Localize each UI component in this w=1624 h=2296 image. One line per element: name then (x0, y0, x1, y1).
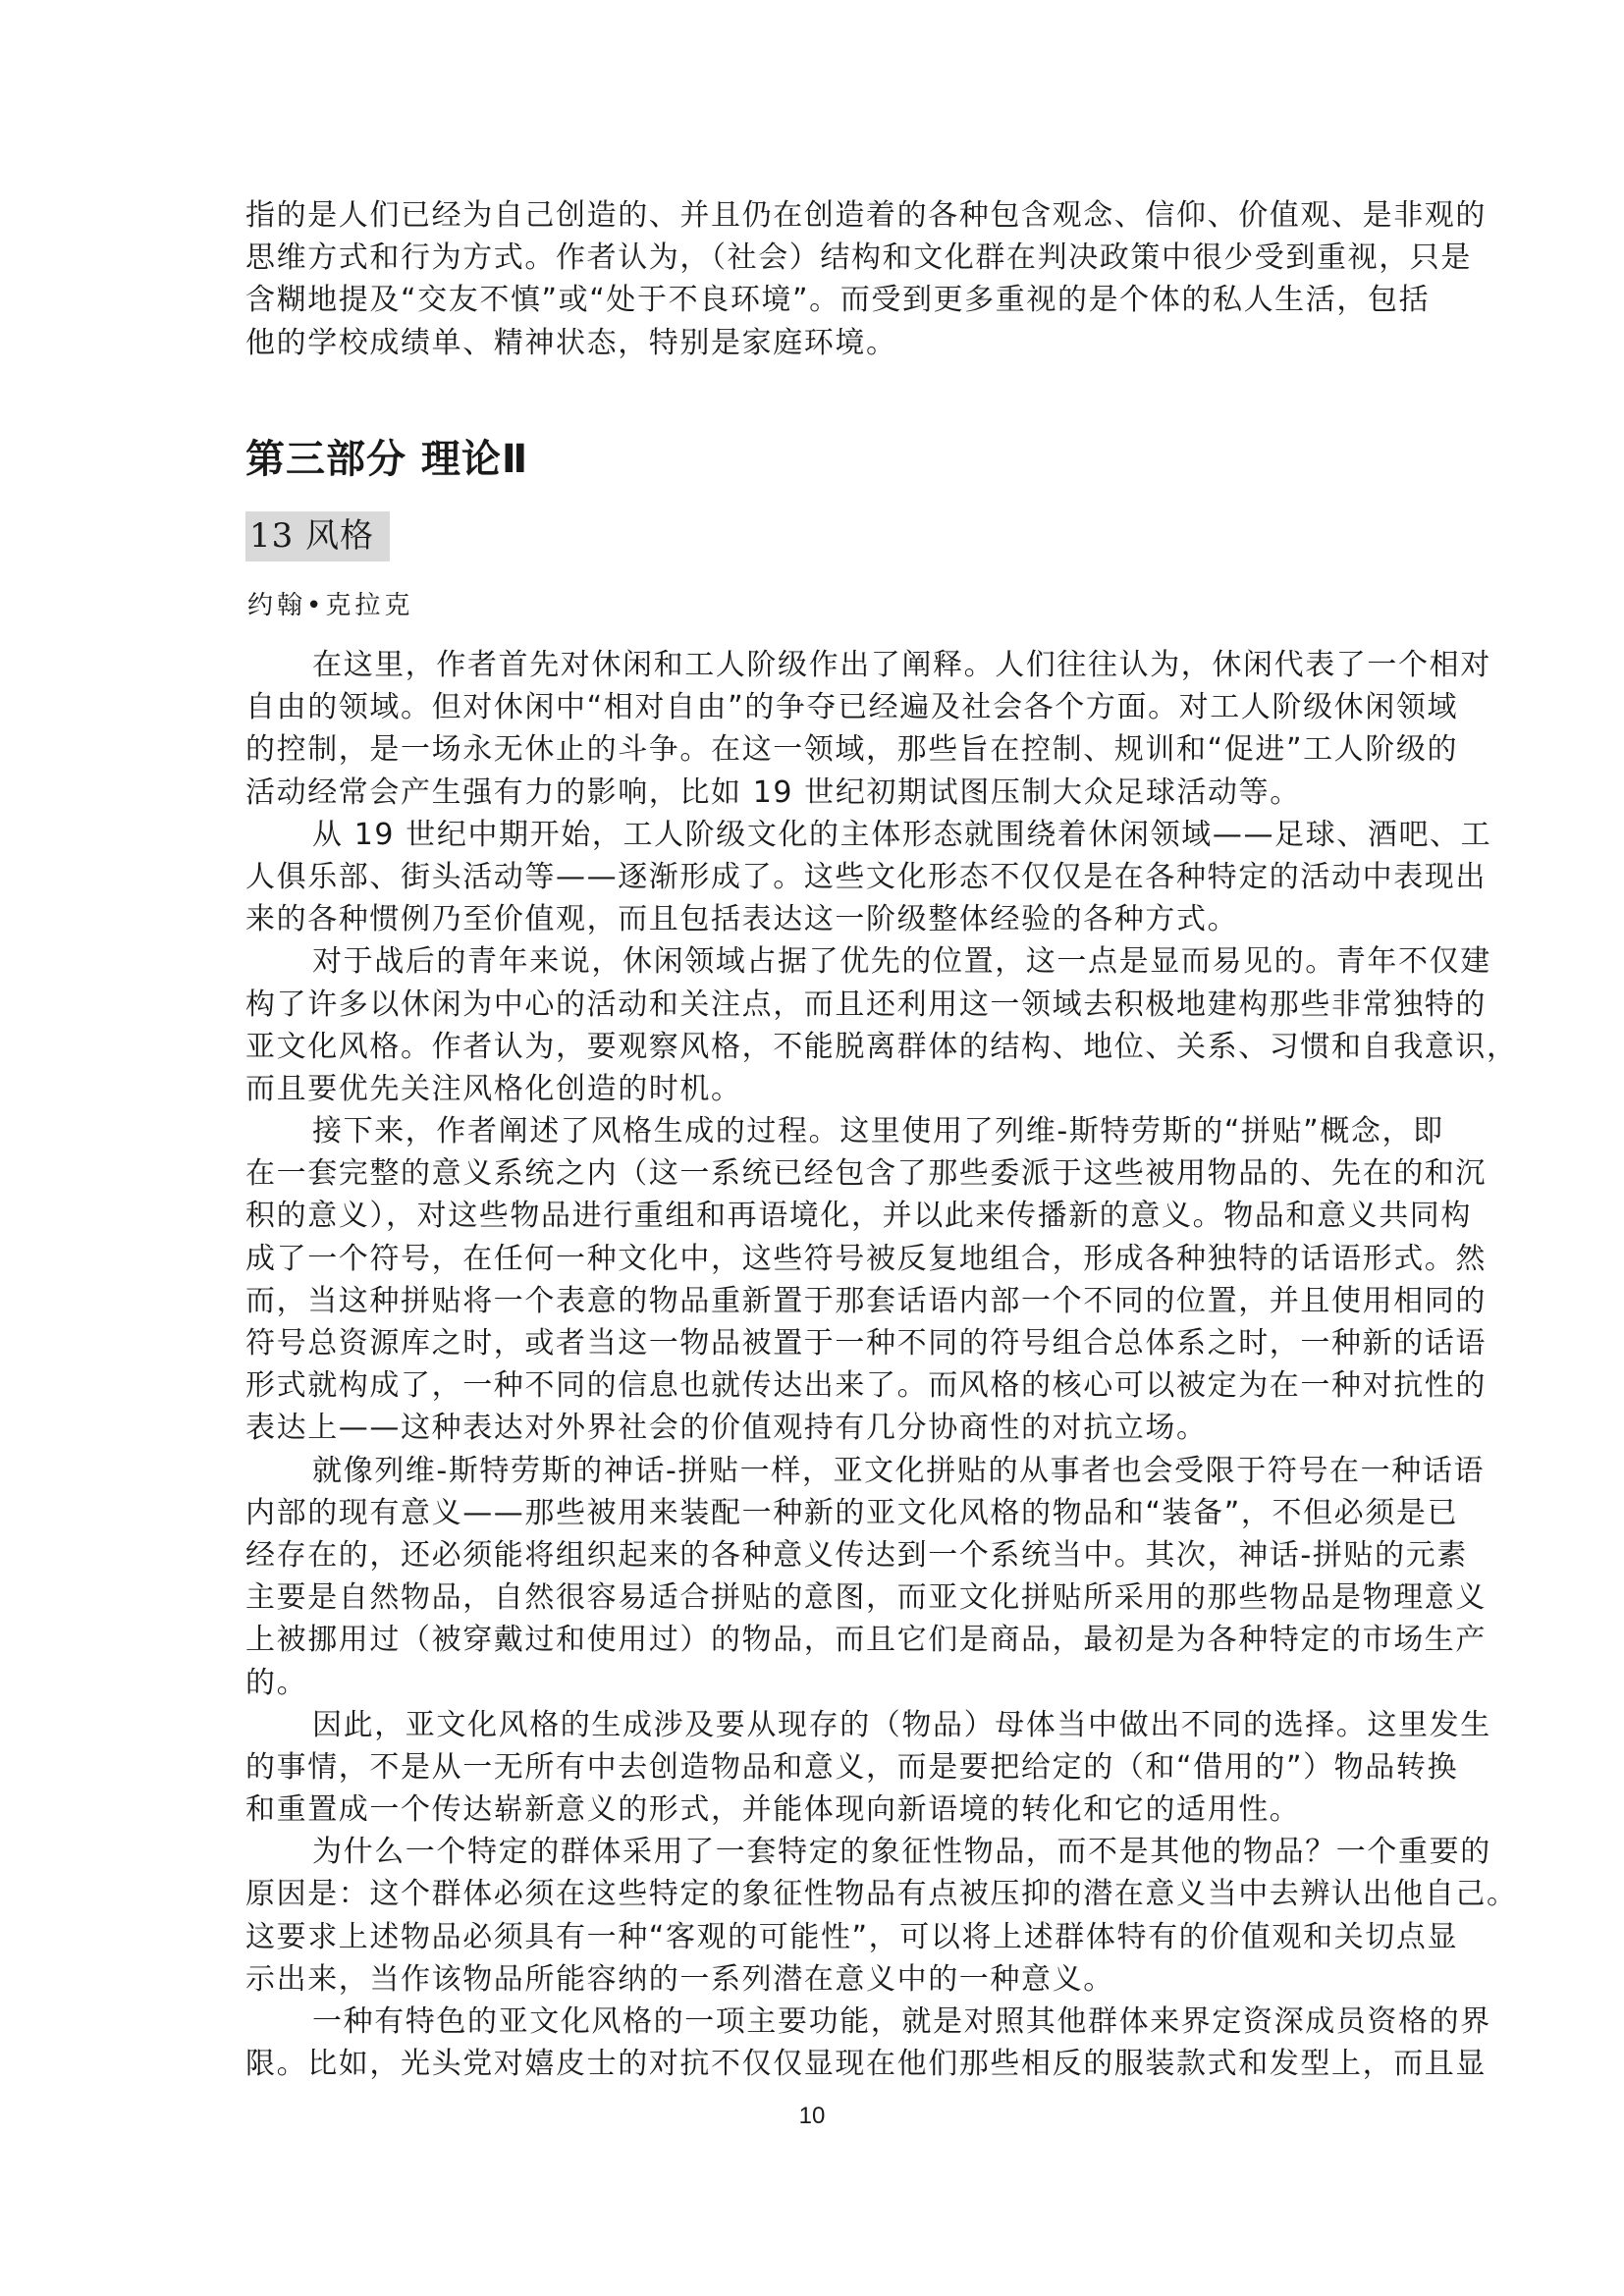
chapter-title: 13 风格 (245, 511, 390, 561)
paragraph-1: 在这里，作者首先对休闲和工人阶级作出了阐释。人们往往认为，休闲代表了一个相对 自… (245, 644, 1384, 814)
text-line: 原因是：这个群体必须在这些特定的象征性物品有点被压抑的潜在意义当中去辨认出他自己… (245, 1873, 1384, 1915)
text-line: 构了许多以休闲为中心的活动和关注点，而且还利用这一领域去积极地建构那些非常独特的 (245, 984, 1384, 1026)
text-line: 而，当这种拼贴将一个表意的物品重新置于那套话语内部一个不同的位置，并且使用相同的 (245, 1280, 1384, 1322)
chapter-author: 约翰•克拉克 (247, 585, 413, 621)
text-line: 成了一个符号，在任何一种文化中，这些符号被反复地组合，形成各种独特的话语形式。然 (245, 1238, 1384, 1280)
text-line: 思维方式和行为方式。作者认为，（社会）结构和文化群在判决政策中很少受到重视，只是 (245, 237, 1384, 279)
text-line: 他的学校成绩单、精神状态，特别是家庭环境。 (245, 322, 1384, 364)
text-line: 积的意义），对这些物品进行重组和再语境化，并以此来传播新的意义。物品和意义共同构 (245, 1195, 1384, 1237)
text-line: 一种有特色的亚文化风格的一项主要功能，就是对照其他群体来界定资深成员资格的界 (245, 2001, 1384, 2043)
text-line: 来的各种惯例乃至价值观，而且包括表达这一阶级整体经验的各种方式。 (245, 898, 1384, 940)
text-line: 这要求上述物品必须具有一种“客观的可能性”，可以将上述群体特有的价值观和关切点显 (245, 1916, 1384, 1958)
text-line: 亚文化风格。作者认为，要观察风格，不能脱离群体的结构、地位、关系、习惯和自我意识… (245, 1026, 1384, 1068)
text-line: 对于战后的青年来说，休闲领域占据了优先的位置，这一点是显而易见的。青年不仅建 (245, 940, 1384, 983)
text-line: 在这里，作者首先对休闲和工人阶级作出了阐释。人们往往认为，休闲代表了一个相对 (245, 644, 1384, 686)
text-line: 因此，亚文化风格的生成涉及要从现存的（物品）母体当中做出不同的选择。这里发生 (245, 1704, 1384, 1746)
intro-paragraph: 指的是人们已经为自己创造的、并且仍在创造着的各种包含观念、信仰、价值观、是非观的… (245, 194, 1384, 364)
text-line: 在一套完整的意义系统之内（这一系统已经包含了那些委派于这些被用物品的、先在的和沉 (245, 1152, 1384, 1195)
paragraph-4: 接下来，作者阐述了风格生成的过程。这里使用了列维-斯特劳斯的“拼贴”概念，即 在… (245, 1110, 1384, 1450)
text-line: 符号总资源库之时，或者当这一物品被置于一种不同的符号组合总体系之时，一种新的话语 (245, 1322, 1384, 1364)
text-line: 的。 (245, 1662, 1384, 1704)
text-line: 示出来，当作该物品所能容纳的一系列潜在意义中的一种意义。 (245, 1958, 1384, 2001)
page-number: 10 (0, 2103, 1624, 2130)
text-line: 的事情，不是从一无所有中去创造物品和意义，而是要把给定的（和“借用的”）物品转换 (245, 1746, 1384, 1789)
text-line: 经存在的，还必须能将组织起来的各种意义传达到一个系统当中。其次，神话-拼贴的元素 (245, 1534, 1384, 1576)
text-line: 为什么一个特定的群体采用了一套特定的象征性物品，而不是其他的物品？一个重要的 (245, 1831, 1384, 1873)
text-line: 上被挪用过（被穿戴过和使用过）的物品，而且它们是商品，最初是为各种特定的市场生产 (245, 1619, 1384, 1661)
paragraph-8: 一种有特色的亚文化风格的一项主要功能，就是对照其他群体来界定资深成员资格的界 限… (245, 2001, 1384, 2085)
part-title: 第三部分 理论Ⅱ (245, 428, 528, 484)
paragraph-3: 对于战后的青年来说，休闲领域占据了优先的位置，这一点是显而易见的。青年不仅建 构… (245, 940, 1384, 1110)
text-line: 从 19 世纪中期开始，工人阶级文化的主体形态就围绕着休闲领域——足球、酒吧、工 (245, 814, 1384, 856)
paragraph-2: 从 19 世纪中期开始，工人阶级文化的主体形态就围绕着休闲领域——足球、酒吧、工… (245, 814, 1384, 941)
chapter-body: 在这里，作者首先对休闲和工人阶级作出了阐释。人们往往认为，休闲代表了一个相对 自… (245, 644, 1384, 2085)
text-line: 人俱乐部、街头活动等——逐渐形成了。这些文化形态不仅仅是在各种特定的活动中表现出 (245, 856, 1384, 898)
text-line: 含糊地提及“交友不慎”或“处于不良环境”。而受到更多重视的是个体的私人生活，包括 (245, 279, 1384, 321)
text-line: 的控制，是一场永无休止的斗争。在这一领域，那些旨在控制、规训和“促进”工人阶级的 (245, 728, 1384, 771)
text-line: 和重置成一个传达崭新意义的形式，并能体现向新语境的转化和它的适用性。 (245, 1789, 1384, 1831)
text-line: 指的是人们已经为自己创造的、并且仍在创造着的各种包含观念、信仰、价值观、是非观的 (245, 194, 1384, 237)
text-line: 活动经常会产生强有力的影响，比如 19 世纪初期试图压制大众足球活动等。 (245, 772, 1384, 814)
text-line: 而且要优先关注风格化创造的时机。 (245, 1068, 1384, 1110)
text-line: 表达上——这种表达对外界社会的价值观持有几分协商性的对抗立场。 (245, 1407, 1384, 1449)
text-line: 就像列维-斯特劳斯的神话-拼贴一样，亚文化拼贴的从事者也会受限于符号在一种话语 (245, 1450, 1384, 1492)
paragraph-6: 因此，亚文化风格的生成涉及要从现存的（物品）母体当中做出不同的选择。这里发生 的… (245, 1704, 1384, 1832)
text-line: 接下来，作者阐述了风格生成的过程。这里使用了列维-斯特劳斯的“拼贴”概念，即 (245, 1110, 1384, 1152)
paragraph-5: 就像列维-斯特劳斯的神话-拼贴一样，亚文化拼贴的从事者也会受限于符号在一种话语 … (245, 1450, 1384, 1704)
paragraph-7: 为什么一个特定的群体采用了一套特定的象征性物品，而不是其他的物品？一个重要的 原… (245, 1831, 1384, 2001)
text-line: 主要是自然物品，自然很容易适合拼贴的意图，而亚文化拼贴所采用的那些物品是物理意义 (245, 1576, 1384, 1619)
text-line: 内部的现有意义——那些被用来装配一种新的亚文化风格的物品和“装备”，不但必须是已 (245, 1492, 1384, 1534)
text-line: 限。比如，光头党对嬉皮士的对抗不仅仅显现在他们那些相反的服装款式和发型上，而且显 (245, 2043, 1384, 2085)
text-line: 自由的领域。但对休闲中“相对自由”的争夺已经遍及社会各个方面。对工人阶级休闲领域 (245, 686, 1384, 728)
text-line: 形式就构成了，一种不同的信息也就传达出来了。而风格的核心可以被定为在一种对抗性的 (245, 1364, 1384, 1407)
